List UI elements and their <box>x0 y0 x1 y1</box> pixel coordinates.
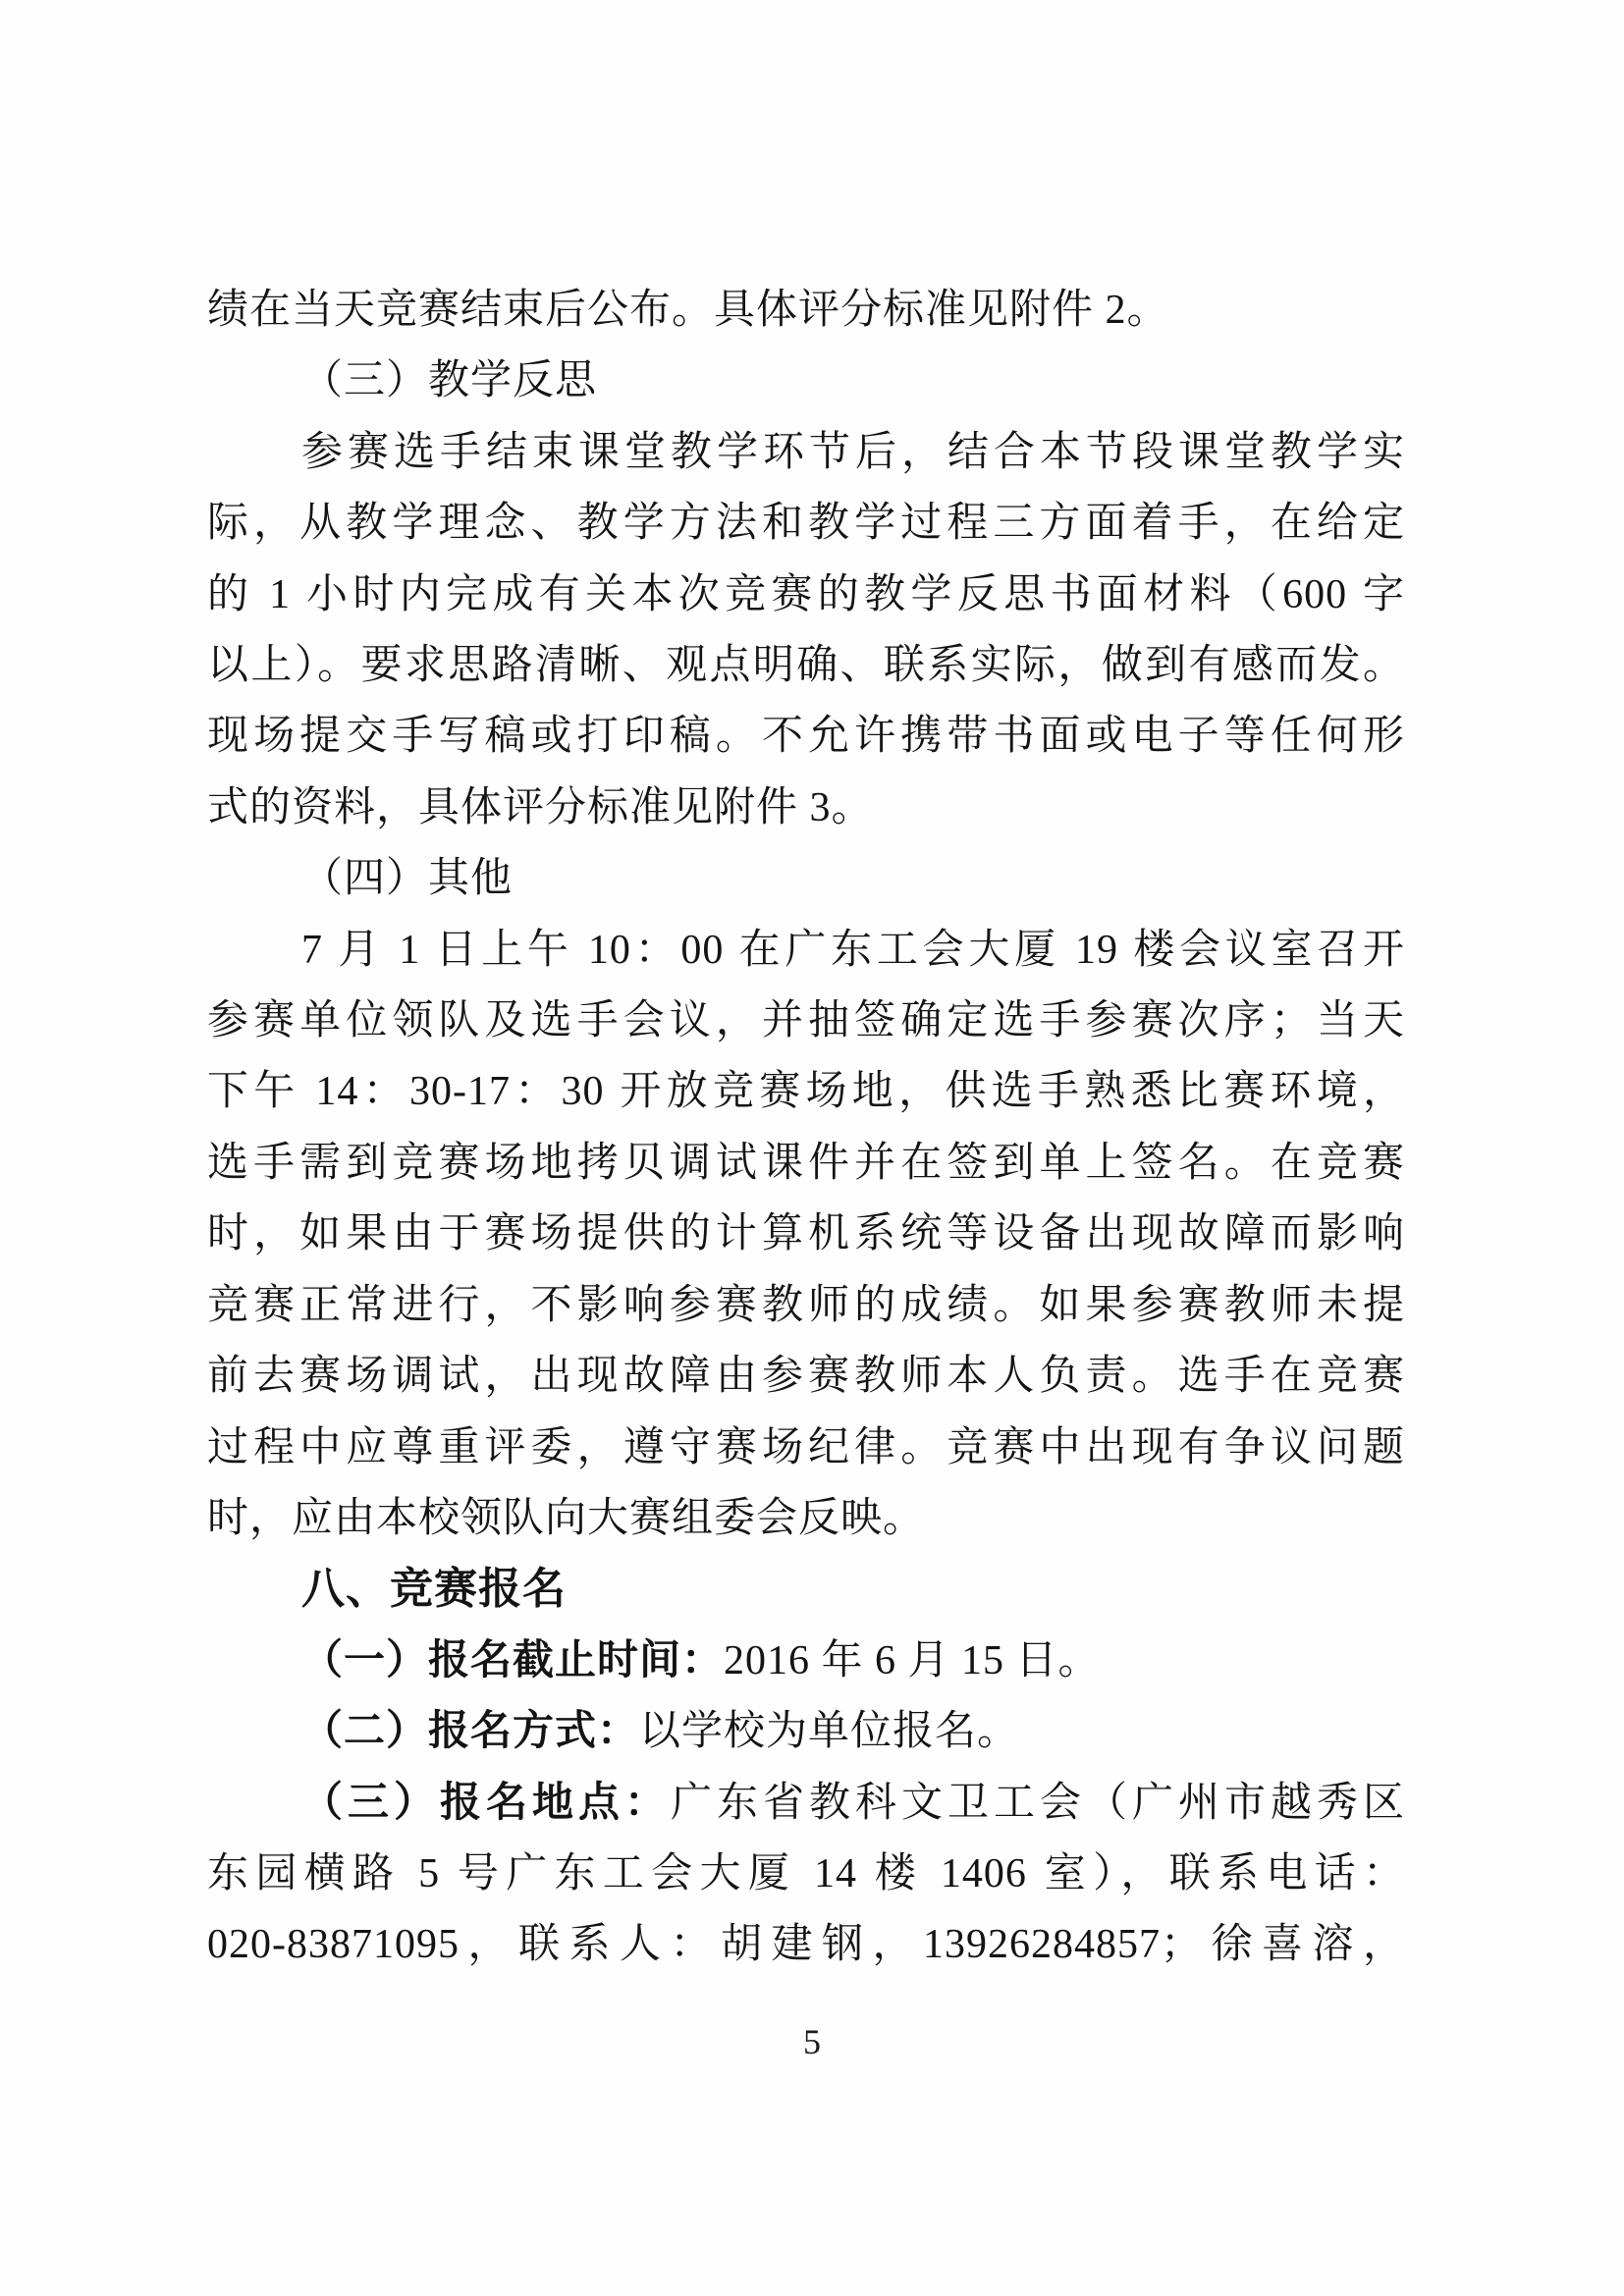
body-line: 选手需到竞赛场地拷贝调试课件并在签到单上签名。在竞赛 <box>207 1128 1405 1199</box>
body-line: 竞赛正常进行，不影响参赛教师的成绩。如果参赛教师未提 <box>207 1270 1405 1341</box>
registration-location-value: 广东省教科文卫工会（广州市越秀区 <box>671 1781 1405 1826</box>
body-line: 前去赛场调试，出现故障由参赛教师本人负责。选手在竞赛 <box>207 1341 1405 1412</box>
body-line: 时，如果由于赛场提供的计算机系统等设备出现故障而影响 <box>207 1199 1405 1269</box>
body-line: 时，应由本校领队向大赛组委会反映。 <box>207 1483 1405 1554</box>
body-line: 7 月 1 日上午 10：00 在广东工会大厦 19 楼会议室召开 <box>207 915 1405 986</box>
document-body: 绩在当天竞赛结束后公布。具体评分标准见附件 2。 （三）教学反思 参赛选手结束课… <box>207 275 1405 1981</box>
body-line: 式的资料，具体评分标准见附件 3。 <box>207 773 1405 843</box>
section-heading-registration: 八、竞赛报名 <box>207 1554 1405 1625</box>
body-line: 以上）。要求思路清晰、观点明确、联系实际，做到有感而发。 <box>207 630 1405 701</box>
registration-method-line: （二）报名方式：以学校为单位报名。 <box>207 1696 1405 1767</box>
body-line: 绩在当天竞赛结束后公布。具体评分标准见附件 2。 <box>207 275 1405 346</box>
body-line: 参赛单位领队及选手会议，并抽签确定选手参赛次序；当天 <box>207 986 1405 1056</box>
registration-deadline-line: （一）报名截止时间：2016 年 6 月 15 日。 <box>207 1626 1405 1696</box>
registration-deadline-value: 2016 年 6 月 15 日。 <box>724 1638 1101 1683</box>
section-heading-teaching-reflection: （三）教学反思 <box>207 346 1405 416</box>
page-footer: 5 <box>0 2020 1624 2063</box>
registration-deadline-label: （一）报名截止时间： <box>301 1638 724 1683</box>
registration-method-value: 以学校为单位报名。 <box>639 1709 1019 1754</box>
registration-location-label: （三）报名地点： <box>301 1781 671 1826</box>
body-line: 020-83871095，联系人：胡建钢，13926284857；徐喜溶， <box>207 1909 1405 1980</box>
registration-location-line: （三）报名地点：广东省教科文卫工会（广州市越秀区 <box>207 1768 1405 1839</box>
body-line: 过程中应尊重评委，遵守赛场纪律。竞赛中出现有争议问题 <box>207 1413 1405 1483</box>
section-heading-other: （四）其他 <box>207 843 1405 914</box>
page-number: 5 <box>0 2020 1624 2063</box>
body-line: 现场提交手写稿或打印稿。不允许携带书面或电子等任何形 <box>207 701 1405 772</box>
body-line: 际，从教学理念、教学方法和教学过程三方面着手，在给定 <box>207 488 1405 559</box>
body-line: 参赛选手结束课堂教学环节后，结合本节段课堂教学实 <box>207 417 1405 488</box>
registration-method-label: （二）报名方式： <box>301 1709 639 1754</box>
body-line: 的 1 小时内完成有关本次竞赛的教学反思书面材料（600 字 <box>207 560 1405 630</box>
body-line: 东园横路 5 号广东工会大厦 14 楼 1406 室），联系电话： <box>207 1839 1405 1909</box>
document-page: 绩在当天竞赛结束后公布。具体评分标准见附件 2。 （三）教学反思 参赛选手结束课… <box>0 0 1624 2296</box>
body-line: 下午 14：30-17：30 开放竞赛场地，供选手熟悉比赛环境， <box>207 1056 1405 1127</box>
